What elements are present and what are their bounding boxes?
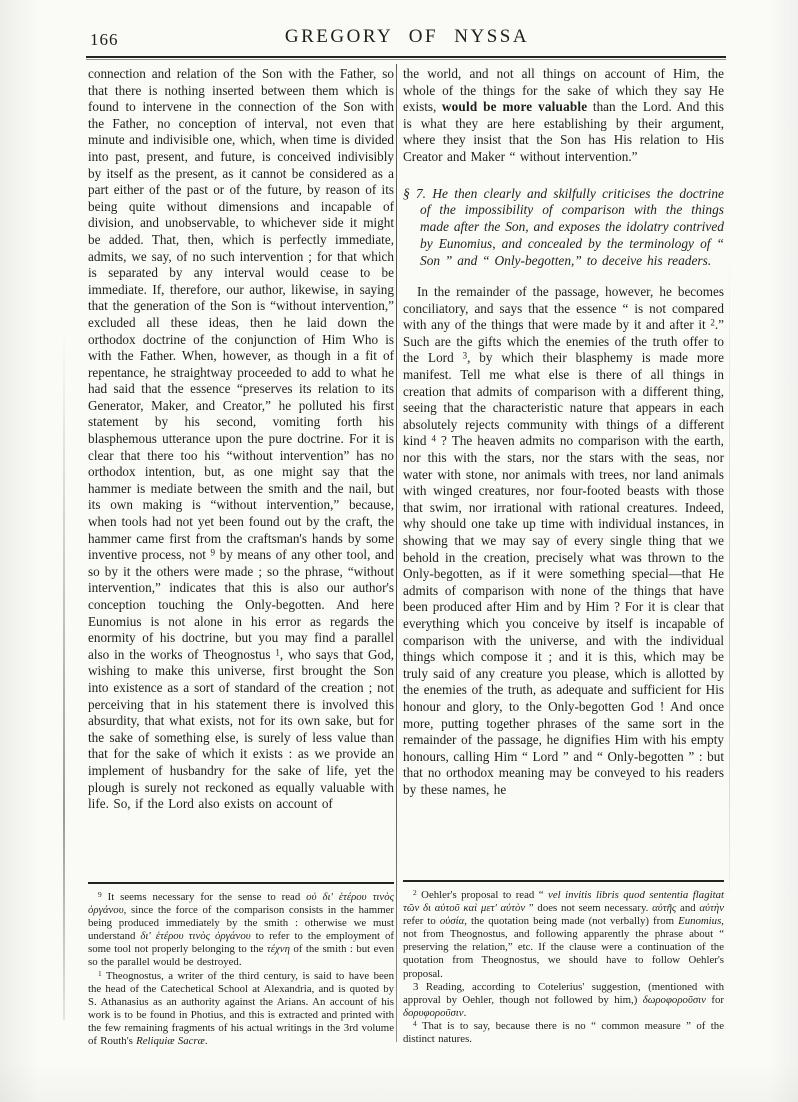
footnote-2: 2 Oehler's proposal to read “ vel inviti… <box>403 889 724 981</box>
book-page: 166 GREGORY OF NYSSA connection and rela… <box>0 0 798 1102</box>
left-column: connection and relation of the Son with … <box>88 66 394 884</box>
right-column: the world, and not all things on account… <box>403 66 724 884</box>
column-divider-rule <box>396 64 397 1042</box>
footnote-9: 9 It seems necessary for the sense to re… <box>88 891 394 970</box>
header-rule <box>86 56 726 60</box>
footnote-1: 1 Theognostus, a writer of the third cen… <box>88 970 394 1049</box>
footnote-3: 3 Reading, according to Cotelerius' sugg… <box>403 981 724 1020</box>
page-header: 166 GREGORY OF NYSSA <box>88 26 726 52</box>
left-footnotes: 9 It seems necessary for the sense to re… <box>88 882 394 1048</box>
right-paragraph-body: In the remainder of the passage, however… <box>403 284 724 798</box>
left-body-paragraph: connection and relation of the Son with … <box>88 66 394 813</box>
section-7-heading: § 7. He then clearly and skilfully criti… <box>403 186 724 271</box>
scan-artifact-right-edge <box>729 250 730 890</box>
right-footnote-rule <box>403 880 724 882</box>
scan-artifact-left-edge <box>63 330 65 1020</box>
footnote-4: 4 That is to say, because there is no “ … <box>403 1020 724 1046</box>
running-title: GREGORY OF NYSSA <box>88 26 726 48</box>
left-footnote-rule <box>88 882 394 884</box>
right-footnotes: 2 Oehler's proposal to read “ vel inviti… <box>403 880 724 1046</box>
right-paragraph-continuation: the world, and not all things on account… <box>403 66 724 166</box>
